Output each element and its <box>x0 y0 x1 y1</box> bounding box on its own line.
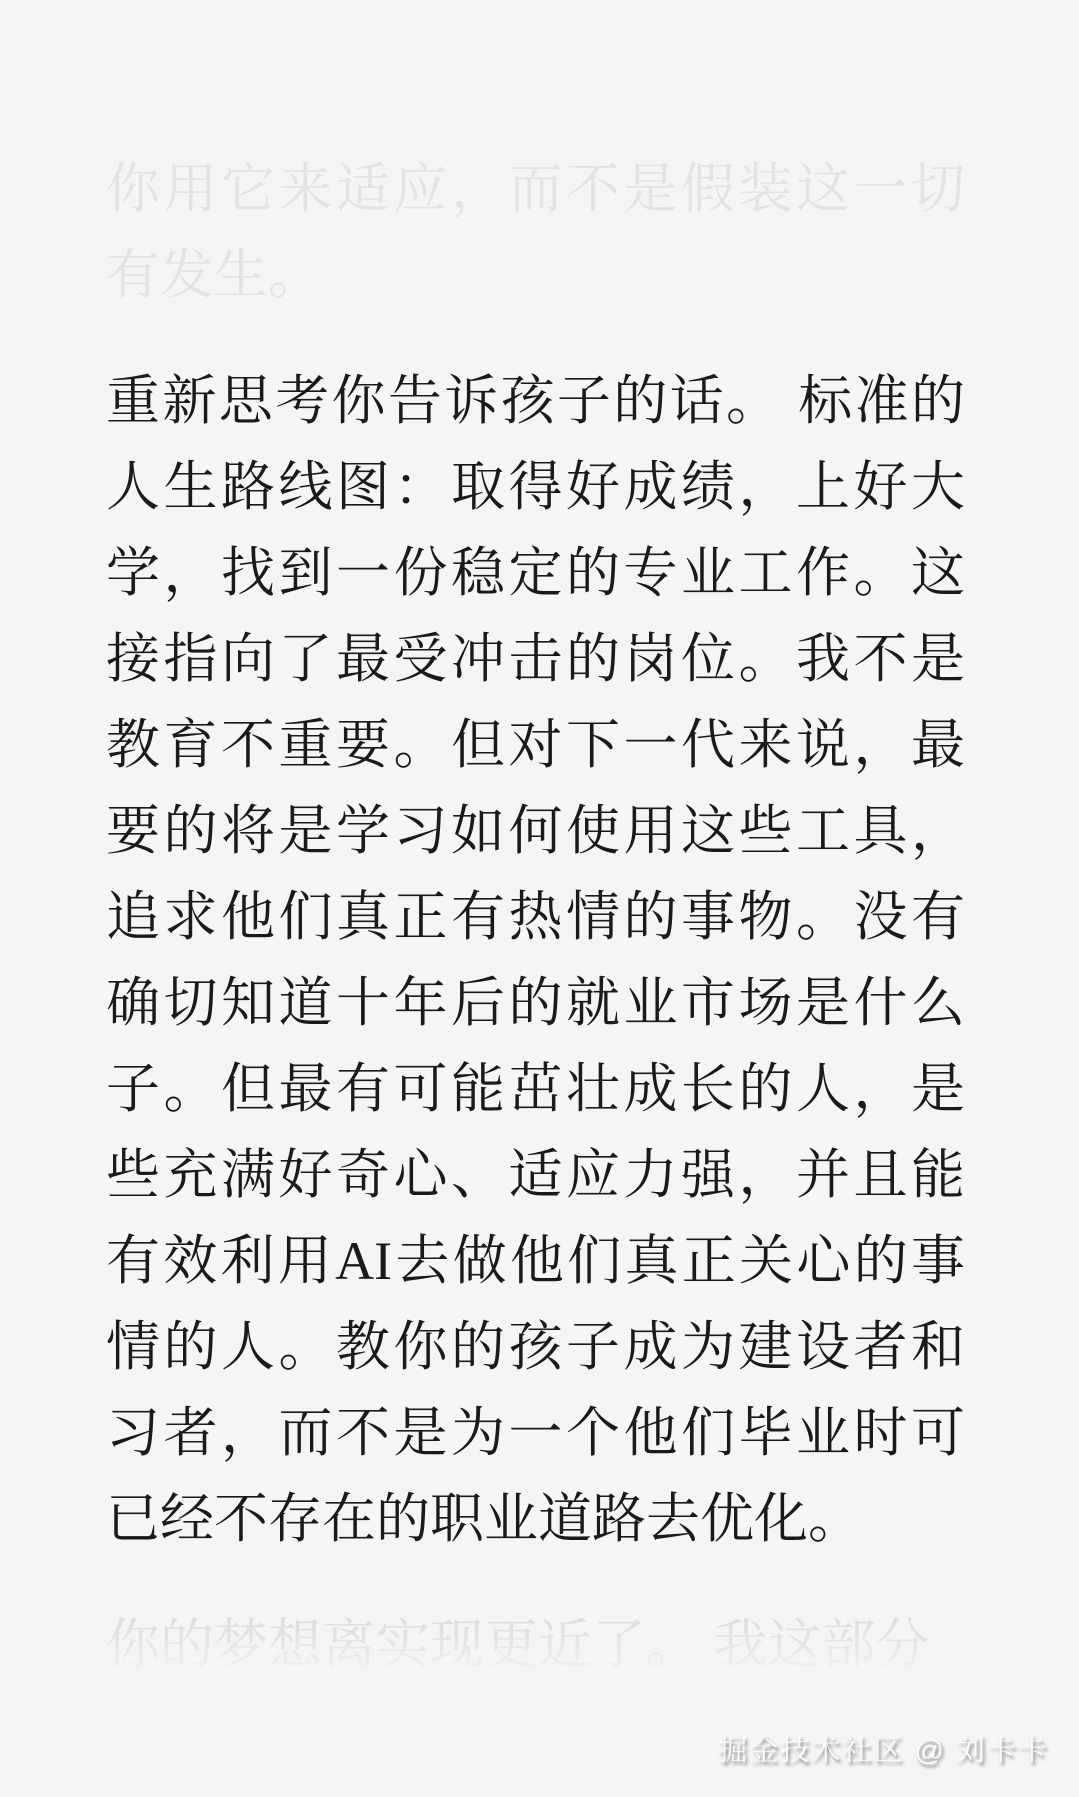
text-line: 些充满好奇心、适应力强，并且能够 <box>106 1132 965 1218</box>
text-line: 有发生。 <box>106 232 965 318</box>
text-line: 学，找到一份稳定的专业工作。这直 <box>106 530 965 616</box>
text-line: 接指向了最受冲击的岗位。我不是说 <box>106 616 965 702</box>
previous-paragraph: 你用它来适应，而不是假装这一切没有发生。 <box>106 146 965 318</box>
watermark: 掘金技术社区 @ 刘卡卡 <box>718 1728 1049 1769</box>
text-line: 要的将是学习如何使用这些工具，并 <box>106 788 965 874</box>
text-line: 确切知道十年后的就业市场是什么样 <box>106 960 965 1046</box>
text-line: 你的梦想离实现更近了。 我这部分 <box>106 1602 965 1688</box>
text-line: 情的人。教你的孩子成为建设者和学 <box>106 1304 965 1390</box>
text-line: 有效利用AI去做他们真正关心的事 <box>106 1218 965 1304</box>
current-paragraph: 重新思考你告诉孩子的话。 标准的人生路线图：取得好成绩，上好大学，找到一份稳定的… <box>106 358 965 1562</box>
text-line: 已经不存在的职业道路去优化。 <box>106 1476 965 1562</box>
text-line: 人生路线图：取得好成绩，上好大 <box>106 444 965 530</box>
next-paragraph: 你的梦想离实现更近了。 我这部分 <box>106 1602 965 1688</box>
text-line: 子。但最有可能茁壮成长的人，是那 <box>106 1046 965 1132</box>
text-line: 习者，而不是为一个他们毕业时可能 <box>106 1390 965 1476</box>
reader-page: 你用它来适应，而不是假装这一切没有发生。 重新思考你告诉孩子的话。 标准的人生路… <box>0 0 1079 1797</box>
text-line: 你用它来适应，而不是假装这一切没 <box>106 146 965 232</box>
text-line: 追求他们真正有热情的事物。没有人 <box>106 874 965 960</box>
text-line: 重新思考你告诉孩子的话。 标准的 <box>106 358 965 444</box>
text-line: 教育不重要。但对下一代来说，最重 <box>106 702 965 788</box>
